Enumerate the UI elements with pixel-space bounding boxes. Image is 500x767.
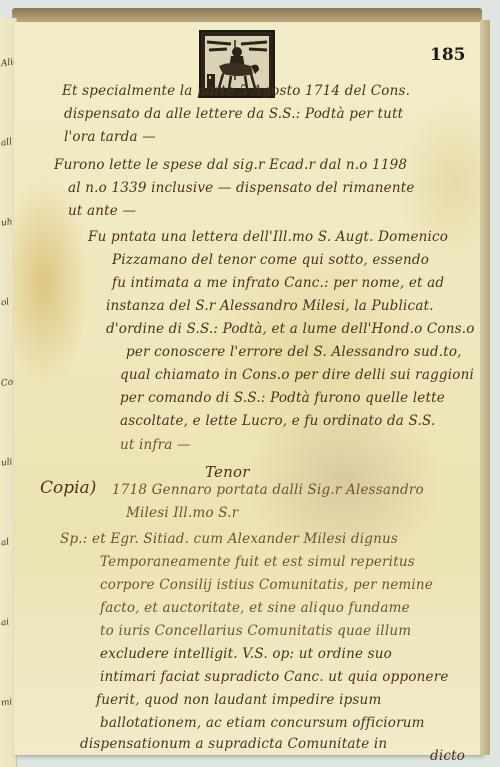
margin-note-copia: Copia)	[40, 478, 96, 498]
manuscript-line: ascoltate, e lette Lucro, e fu ordinato …	[120, 413, 435, 429]
manuscript-line: l'ora tarda —	[64, 129, 156, 145]
manuscript-line: d'ordine di S.S.: Podtà, et a lume dell'…	[106, 321, 475, 337]
left-page-fragment: uli	[0, 457, 13, 469]
manuscript-line: fuerit, quod non laudant impedire ipsum	[96, 692, 381, 708]
manuscript-line: ut infra —	[120, 437, 191, 453]
manuscript-line: ballotationem, ac etiam concursum offici…	[100, 715, 425, 731]
left-page-fragment: uh	[0, 217, 13, 229]
manuscript-line: Milesi Ill.mo S.r	[126, 505, 238, 521]
manuscript-line: fu intimata a me infrato Canc.: per nome…	[112, 275, 444, 291]
manuscript-line: instanza del S.r Alessandro Milesi, la P…	[106, 298, 434, 314]
left-page-fragment: all	[0, 137, 12, 148]
left-page-fragment: ol	[0, 297, 10, 308]
manuscript-line: ut ante —	[68, 203, 136, 219]
manuscript-line: qual chiamato in Cons.o per dire delli s…	[120, 367, 474, 383]
manuscript-line: dispensato da alle lettere da S.S.: Podt…	[64, 106, 403, 122]
manuscript-line: intimari faciat supradicto Canc. ut quia…	[100, 669, 449, 685]
manuscript-line: Furono lette le spese dal sig.r Ecad.r d…	[54, 157, 407, 173]
page-edge	[480, 20, 490, 755]
manuscript-line: Temporaneamente fuit et est simul reperi…	[100, 554, 415, 570]
tenor-heading: Tenor	[205, 463, 250, 481]
manuscript-line: Fu pntata una lettera dell'Ill.mo S. Aug…	[88, 229, 448, 245]
manuscript-line: per comando di S.S.: Podtà furono quelle…	[120, 390, 445, 406]
manuscript-line: dispensationum a supradicta Comunitate i…	[80, 736, 387, 752]
left-page-fragment: al	[0, 537, 10, 548]
manuscript-line: Sp.: et Egr. Sitiad. cum Alexander Miles…	[60, 531, 398, 547]
manuscript-line: Et specialmente la parte 5 Agosto 1714 d…	[62, 83, 410, 99]
manuscript-line: 1718 Gennaro portata dalli Sig.r Alessan…	[112, 482, 424, 498]
manuscript-line: dicto	[430, 748, 465, 764]
folio-number: 185	[430, 45, 466, 65]
manuscript-line: al n.o 1339 inclusive — dispensato del r…	[68, 180, 415, 196]
manuscript-line: excludere intelligit. V.S. op: ut ordine…	[100, 646, 392, 662]
left-page-fragment: ai	[0, 617, 10, 628]
left-page-fragment: mi	[0, 697, 13, 708]
manuscript-line: to iuris Concellarius Comunitatis quae i…	[100, 623, 411, 639]
manuscript-line: Pizzamano del tenor come qui sotto, esse…	[112, 252, 429, 268]
manuscript-line: facto, et auctoritate, et sine aliquo fu…	[100, 600, 410, 616]
manuscript-line: per conoscere l'errore del S. Alessandro…	[126, 344, 462, 360]
manuscript-line: corpore Consilij istius Comunitatis, per…	[100, 577, 433, 593]
